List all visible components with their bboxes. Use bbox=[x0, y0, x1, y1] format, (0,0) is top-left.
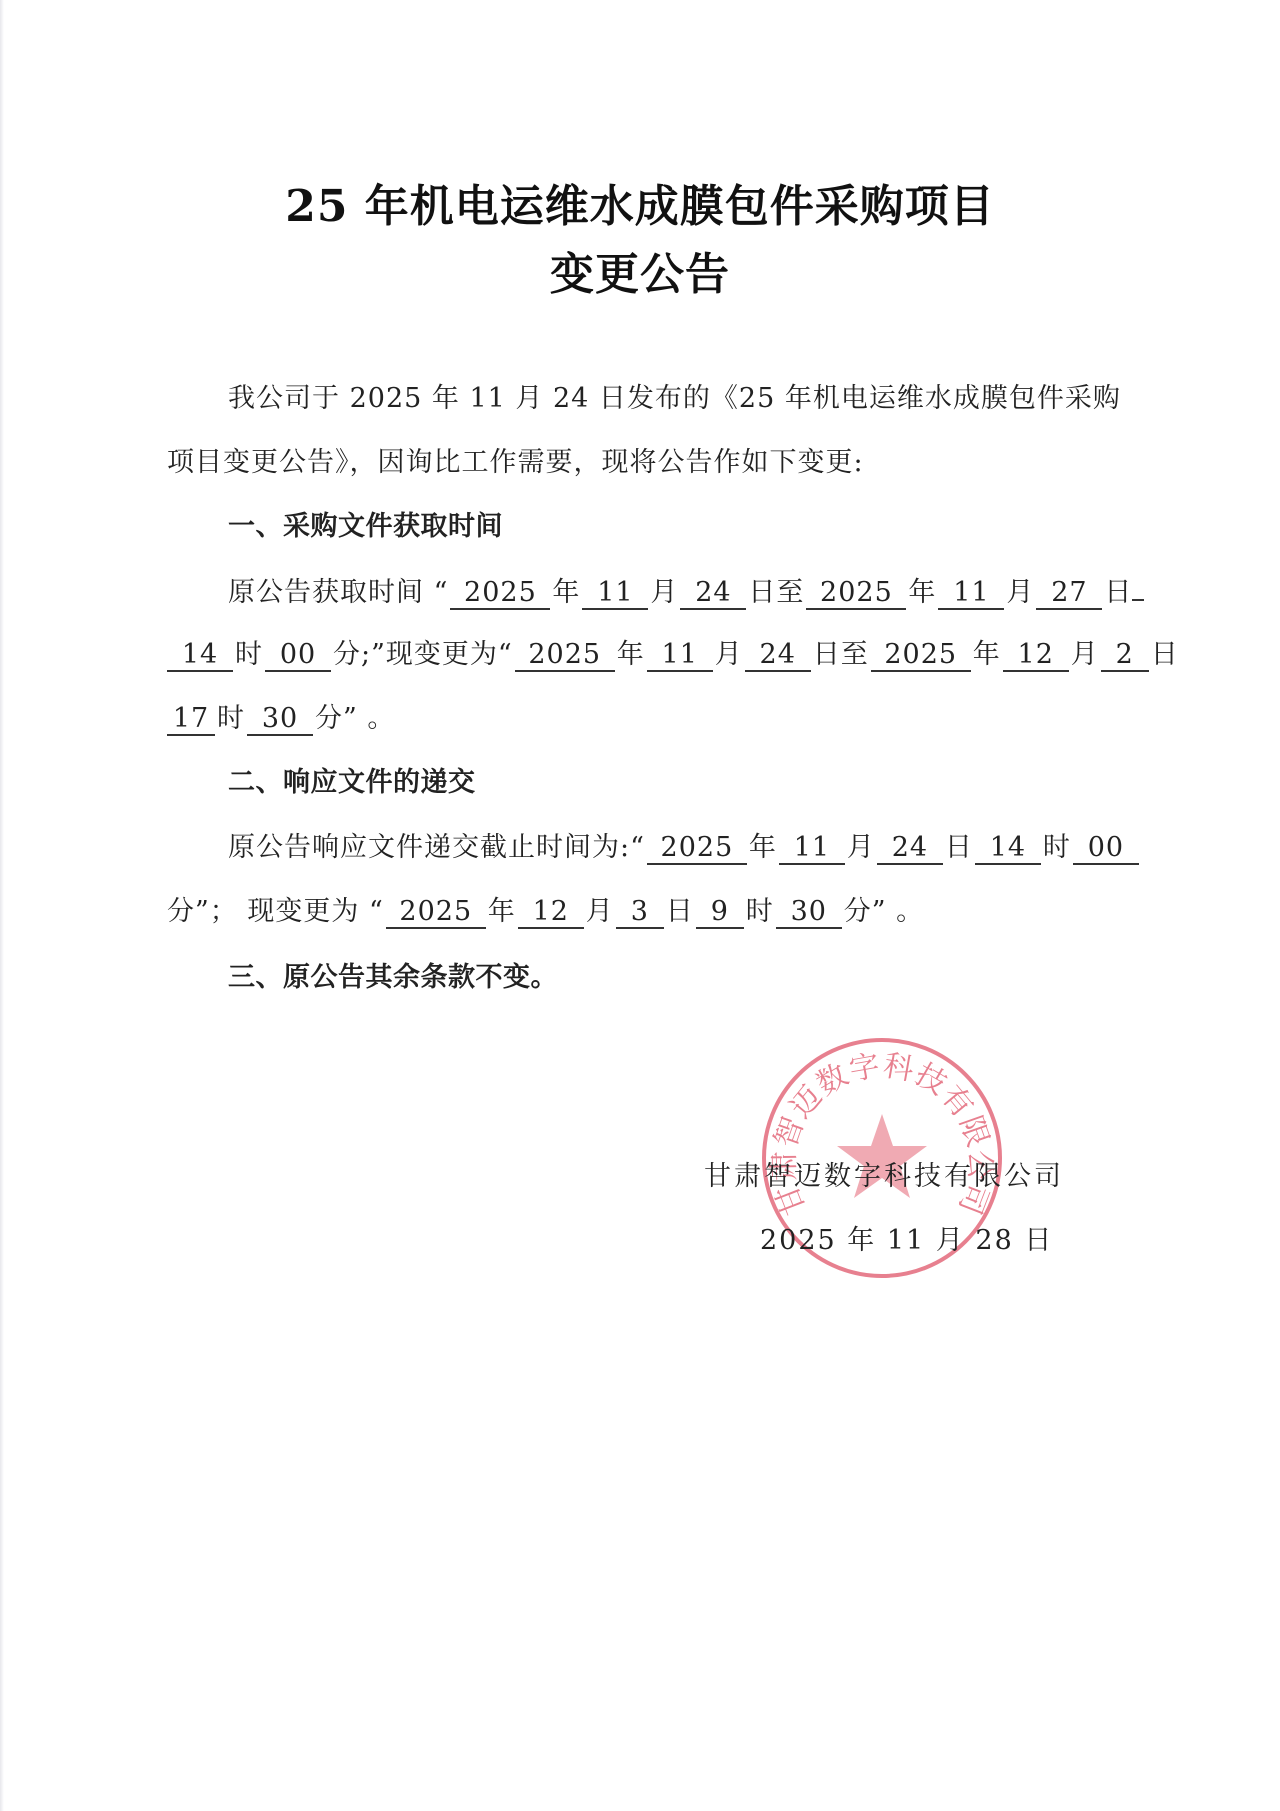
new-start-month: 11 bbox=[647, 640, 713, 672]
signature-date: 2025 年 11 月 28 日 bbox=[760, 1218, 1053, 1257]
orig-end-month: 11 bbox=[938, 578, 1004, 610]
new-end-day: 2 bbox=[1101, 640, 1149, 672]
section2-heading: 二、响应文件的递交 bbox=[228, 765, 476, 801]
section1-heading: 一、采购文件获取时间 bbox=[228, 509, 503, 545]
section1-original-line: 原公告获取时间 “2025年11月24日至2025年11月27日 bbox=[228, 573, 1144, 611]
section3-heading: 三、原公告其余条款不变。 bbox=[228, 960, 558, 996]
section1-change-line: 14时00分;”现变更为“2025年11月24日至2025年12月2日 bbox=[167, 637, 1179, 673]
document-title-line1: 25 年机电运维水成膜包件采购项目 bbox=[0, 170, 1280, 234]
new-end-month: 12 bbox=[1003, 640, 1069, 672]
orig-minute: 00 bbox=[1073, 833, 1139, 865]
new-month: 12 bbox=[518, 897, 584, 929]
new-hour: 9 bbox=[696, 897, 744, 929]
new-prefix: 分”； 现变更为 “ bbox=[167, 896, 384, 927]
intro-line2: 项目变更公告》，因询比工作需要，现将公告作如下变更: bbox=[167, 445, 864, 481]
signature-company: 甘肃智迈数字科技有限公司 bbox=[704, 1154, 1064, 1193]
orig-start-day: 24 bbox=[680, 578, 746, 610]
section2-original-line: 原公告响应文件递交截止时间为:“2025年11月24日14时00 bbox=[228, 830, 1141, 866]
orig-start-month: 11 bbox=[582, 578, 648, 610]
orig-hour: 14 bbox=[167, 640, 233, 672]
document-title-line2: 变更公告 bbox=[0, 238, 1280, 302]
new-day: 3 bbox=[616, 897, 664, 929]
orig-year: 2025 bbox=[647, 833, 747, 865]
section1-new-time-line: 17时30分” 。 bbox=[167, 701, 395, 737]
new-year: 2025 bbox=[386, 897, 486, 929]
new-minute: 30 bbox=[776, 897, 842, 929]
orig-month: 11 bbox=[779, 833, 845, 865]
orig-prefix: 原公告响应文件递交截止时间为:“ bbox=[228, 832, 645, 863]
new-start-day: 24 bbox=[745, 640, 811, 672]
orig-start-year: 2025 bbox=[450, 578, 550, 610]
new-start-year: 2025 bbox=[515, 640, 615, 672]
orig-end-year: 2025 bbox=[806, 578, 906, 610]
orig-end-day: 27 bbox=[1036, 578, 1102, 610]
underline-blank bbox=[1132, 573, 1144, 601]
orig-hour: 14 bbox=[975, 833, 1041, 865]
closing: 分” 。 bbox=[315, 703, 395, 734]
orig-day: 24 bbox=[877, 833, 943, 865]
intro-line1: 我公司于 2025 年 11 月 24 日发布的《25 年机电运维水成膜包件采购 bbox=[228, 381, 1121, 417]
new-hour: 17 bbox=[167, 704, 215, 736]
section2-change-line: 分”； 现变更为 “2025年12月3日9时30分” 。 bbox=[167, 894, 924, 930]
new-prefix: 分;”现变更为“ bbox=[333, 639, 513, 670]
closing: 分” 。 bbox=[844, 896, 924, 927]
orig-minute: 00 bbox=[265, 640, 331, 672]
new-end-year: 2025 bbox=[871, 640, 971, 672]
new-minute: 30 bbox=[247, 704, 313, 736]
orig-prefix: 原公告获取时间 “ bbox=[228, 577, 448, 608]
